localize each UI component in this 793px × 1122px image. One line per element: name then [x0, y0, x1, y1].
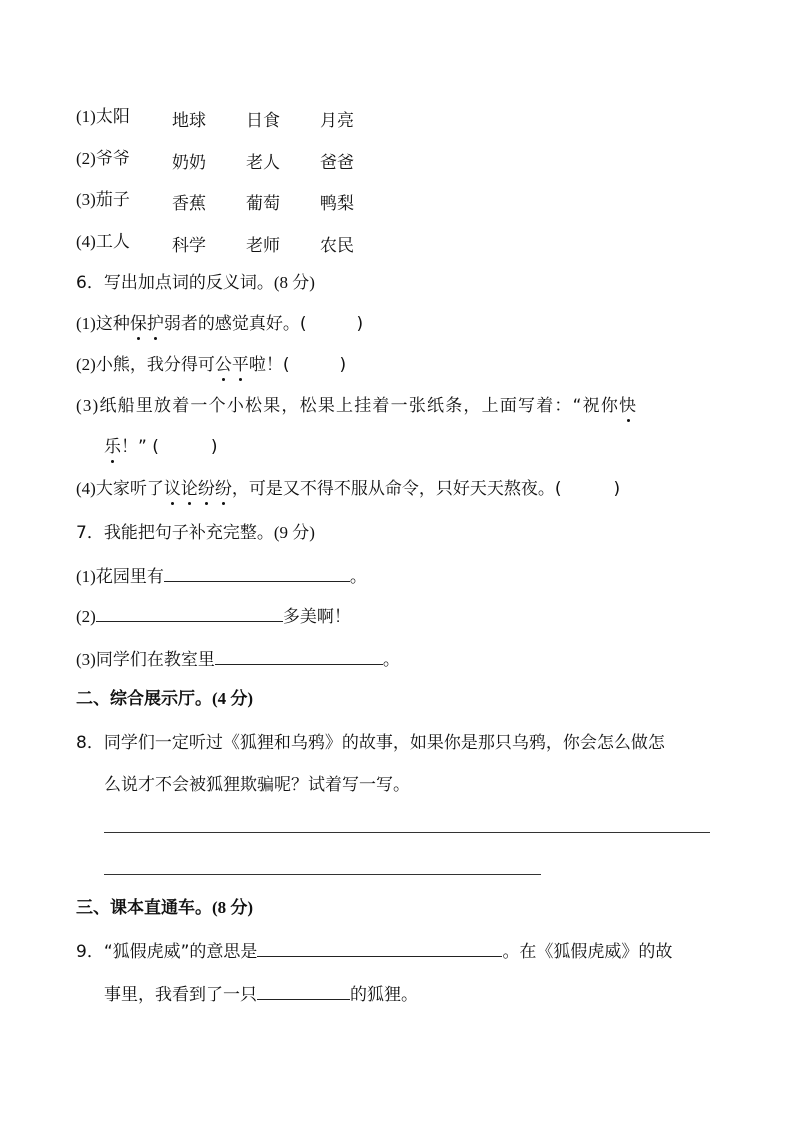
q6-item-4: (4)大家听了议论纷纷，可是又不得不服从命令，只好天天熬夜。(): [76, 478, 620, 500]
word: 香蕉: [172, 189, 206, 214]
score: (8 分): [212, 898, 253, 917]
word: 茄子: [96, 190, 130, 210]
fill-blank[interactable]: [257, 940, 502, 957]
fill-blank[interactable]: [164, 565, 350, 582]
q9-line-2: 事里，我看到了一只的狐狸。: [104, 983, 418, 1006]
item-label: (2): [76, 355, 96, 374]
text: 。在《狐假虎威》的故: [502, 942, 672, 962]
dotted-char: 纷: [198, 478, 215, 500]
question-text: 6．写出加点词的反义词。: [76, 273, 274, 293]
word: 鸭梨: [320, 189, 354, 214]
dotted-char: 护: [147, 313, 164, 335]
word: 日食: [246, 106, 280, 131]
word: 葡萄: [246, 189, 280, 214]
text: 。: [350, 567, 367, 587]
dotted-char: 保: [130, 313, 147, 335]
question-text: 7．我能把句子补充完整。: [76, 523, 274, 543]
fill-blank[interactable]: [215, 648, 383, 665]
section-3-heading: 三、课本直通车。(8 分): [76, 897, 253, 919]
text: ): [356, 314, 363, 334]
dotted-char: 论: [181, 478, 198, 500]
score: (4 分): [212, 689, 253, 708]
q6-item-2: (2)小熊，我分得可公平啦！(): [76, 354, 346, 376]
word: 工人: [96, 232, 130, 252]
text: ，可是又不得不服从命令，只好天天熬夜。(: [232, 479, 562, 499]
text: ): [211, 437, 218, 457]
section-2-heading: 二、综合展示厅。(4 分): [76, 688, 253, 710]
q9-line-1: 9．“狐假虎威”的意思是。在《狐假虎威》的故: [76, 940, 672, 963]
q8-line-1: 8．同学们一定听过《狐狸和乌鸦》的故事，如果你是那只乌鸦，你会怎么做怎: [76, 732, 665, 754]
group-label: (3): [76, 190, 96, 209]
dotted-char: 议: [164, 478, 181, 500]
dotted-char: 平: [232, 354, 249, 376]
dotted-char: 公: [215, 354, 232, 376]
dotted-char: 快: [619, 395, 637, 417]
word: 爷爷: [96, 149, 130, 169]
fill-blank[interactable]: [257, 983, 350, 1000]
item-label: (3): [76, 396, 99, 415]
word: 月亮: [320, 106, 354, 131]
text: 花园里有: [96, 567, 164, 587]
text: 9．“狐假虎威”的意思是: [76, 942, 257, 962]
q6-title: 6．写出加点词的反义词。(8 分): [76, 272, 315, 294]
answer-line[interactable]: [104, 874, 541, 875]
text: 的狐狸。: [350, 985, 418, 1005]
text: 这种: [96, 314, 130, 334]
item-label: (2): [76, 607, 96, 626]
item-label: (1): [76, 567, 96, 586]
word: 地球: [172, 106, 206, 131]
fill-blank[interactable]: [96, 605, 283, 622]
text: 纸船里放着一个小松果，松果上挂着一张纸条，上面写着：“祝你: [99, 396, 619, 416]
word: 科学: [172, 231, 206, 256]
section-title: 三、课本直通车。: [76, 898, 212, 918]
section-title: 二、综合展示厅。: [76, 689, 212, 709]
text: 事里，我看到了一只: [104, 985, 257, 1005]
group-label: (4): [76, 232, 96, 251]
score: (9 分): [274, 523, 315, 542]
word: 奶奶: [172, 148, 206, 173]
dotted-char: 乐: [104, 436, 121, 458]
dotted-char: 纷: [215, 478, 232, 500]
word: 农民: [320, 231, 354, 256]
text: 弱者的感觉真好。(: [164, 314, 307, 334]
word: 老人: [246, 148, 280, 173]
word: 太阳: [96, 107, 130, 127]
q7-item-2: (2)多美啊！: [76, 605, 351, 628]
text: ): [613, 479, 620, 499]
answer-line[interactable]: [104, 832, 710, 833]
q6-item-1: (1)这种保护弱者的感觉真好。(): [76, 313, 363, 335]
q7-item-1: (1)花园里有。: [76, 565, 367, 588]
text: 大家听了: [96, 479, 164, 499]
score: (8 分): [274, 273, 315, 292]
text: 啦！(: [249, 355, 290, 375]
item-label: (4): [76, 479, 96, 498]
text: ！” (: [121, 437, 159, 457]
text: 小熊，我分得可: [96, 355, 215, 375]
item-label: (1): [76, 314, 96, 333]
text: 多美啊！: [283, 607, 351, 627]
group-label: (1): [76, 107, 96, 126]
word: 老师: [246, 231, 280, 256]
q8-line-2: 么说才不会被狐狸欺骗呢？试着写一写。: [104, 774, 410, 796]
q7-item-3: (3)同学们在教室里。: [76, 648, 400, 671]
text: 。: [383, 650, 400, 670]
word: 爸爸: [320, 148, 354, 173]
q7-title: 7．我能把句子补充完整。(9 分): [76, 522, 315, 544]
text: 同学们在教室里: [96, 650, 215, 670]
q6-item-3-cont: 乐！” (): [104, 436, 217, 458]
q6-item-3: (3)纸船里放着一个小松果，松果上挂着一张纸条，上面写着：“祝你快: [76, 395, 637, 417]
text: ): [339, 355, 346, 375]
item-label: (3): [76, 650, 96, 669]
group-label: (2): [76, 149, 96, 168]
